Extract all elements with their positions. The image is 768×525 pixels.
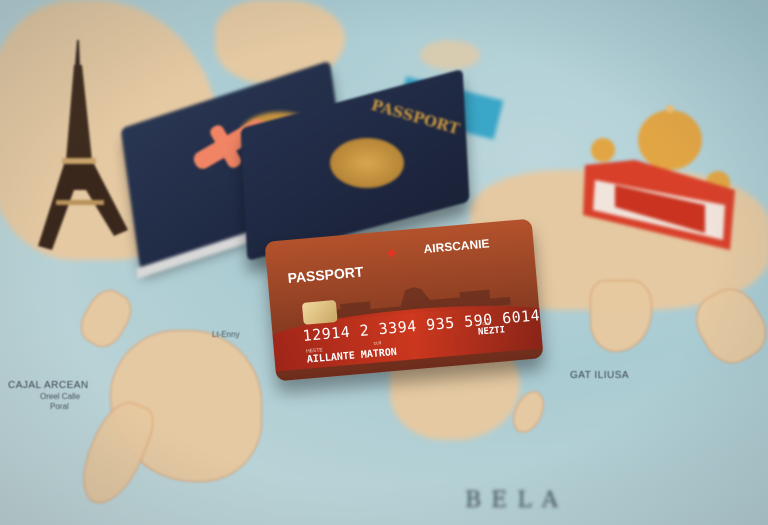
card-label: PASSPORT: [287, 263, 364, 286]
map-label-ocean-west: CAJAL ARCEAN: [8, 380, 89, 391]
palace-figurine: [575, 105, 740, 255]
eiffel-tower-figurine: [30, 40, 130, 260]
europe-land: [420, 40, 480, 70]
map-label-south: BELA: [465, 488, 568, 513]
travel-photo: CAJAL ARCEAN Oreel Calle Poral Lt-Enny G…: [0, 0, 768, 525]
chip-icon: [302, 300, 338, 325]
india-land: [590, 280, 652, 352]
map-label-indian-ocean: GAT ILIUSA: [570, 370, 629, 381]
map-label-caribbean: Lt-Enny: [212, 330, 240, 339]
credit-card: ✦ PASSPORT AIRSCANIE 12914 2 3394 935 59…: [264, 219, 543, 382]
maple-leaf-icon: ✦: [383, 244, 406, 264]
map-label-ocean-west-sub1: Oreel Calle: [40, 392, 80, 401]
central-america-land: [74, 283, 139, 353]
card-brand: AIRSCANIE: [423, 236, 490, 256]
map-label-ocean-west-sub2: Poral: [50, 402, 69, 411]
mid-caption: ccit: [373, 340, 381, 347]
crest-icon: [330, 138, 404, 188]
